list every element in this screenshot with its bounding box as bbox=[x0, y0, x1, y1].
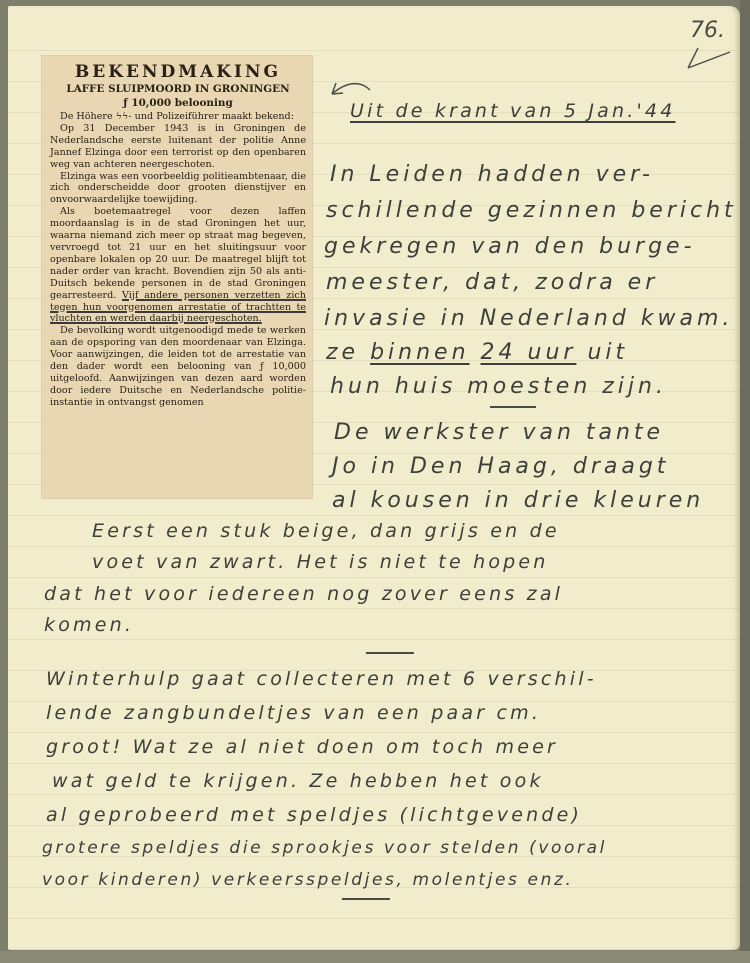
entry3-line: voor kinderen) verkeersspeldjes, molentj… bbox=[42, 870, 573, 890]
entry2-line: Jo in Den Haag, draagt bbox=[332, 454, 669, 479]
entry2-line: al kousen in drie kleuren bbox=[332, 488, 704, 513]
entry1-line: hun huis moesten zijn. bbox=[330, 374, 667, 399]
entry1-text: ze bbox=[326, 340, 370, 365]
entry-divider bbox=[490, 406, 536, 408]
clipping-paragraph: De Höhere ϟϟ- und Polizeiführer maakt be… bbox=[50, 111, 306, 123]
entry2-line: voet van zwart. Het is niet te hopen bbox=[92, 551, 549, 573]
clipping-text: Als boetemaatregel voor dezen laffen moo… bbox=[50, 206, 306, 300]
clipping-paragraph: De bevolking wordt uitgenoodigd mede te … bbox=[50, 325, 306, 408]
entry1-line: meester, dat, zodra er bbox=[326, 270, 658, 295]
page-number-checkmark-icon bbox=[684, 46, 734, 72]
entry3-line: groot! Wat ze al niet doen om toch meer bbox=[46, 736, 558, 758]
notebook-bottom-edge bbox=[0, 951, 750, 963]
entry-divider bbox=[342, 898, 390, 900]
entry3-line: grotere speldjes die sprookjes voor stel… bbox=[42, 838, 607, 858]
entry3-line: lende zangbundeltjes van een paar cm. bbox=[46, 702, 541, 724]
entry2-line: komen. bbox=[44, 614, 134, 636]
entry2-line: dat het voor iedereen nog zover eens zal bbox=[44, 583, 563, 605]
entry1-line: schillende gezinnen bericht bbox=[326, 198, 737, 223]
entry2-line: De werkster van tante bbox=[334, 420, 664, 445]
entry1-text bbox=[470, 340, 481, 365]
entry3-line: Winterhulp gaat collecteren met 6 versch… bbox=[46, 668, 597, 690]
entry1-line: In Leiden hadden ver- bbox=[330, 162, 654, 187]
entry3-line: wat geld te krijgen. Ze hebben het ook bbox=[52, 770, 544, 792]
entry2-line: Eerst een stuk beige, dan grijs en de bbox=[92, 520, 560, 542]
entry1-line: gekregen van den burge- bbox=[324, 234, 696, 259]
page-number: 76. bbox=[690, 18, 725, 43]
entry3-line: al geprobeerd met speldjes (lichtgevende… bbox=[46, 804, 582, 826]
entry1-text: uit bbox=[576, 340, 628, 365]
notebook-edge bbox=[740, 0, 750, 963]
entry-heading: Uit de krant van 5 Jan.'44 bbox=[350, 100, 675, 122]
clipping-reward: ƒ 10,000 belooning bbox=[50, 96, 306, 110]
entry-divider bbox=[366, 652, 414, 654]
newspaper-clipping: BEKENDMAKING LAFFE SLUIPMOORD IN GRONING… bbox=[42, 56, 312, 498]
clipping-subtitle: LAFFE SLUIPMOORD IN GRONINGEN bbox=[50, 82, 306, 96]
entry1-line: invasie in Nederland kwam. bbox=[324, 306, 733, 331]
entry1-underlined-binnen: binnen bbox=[370, 340, 469, 365]
clipping-title: BEKENDMAKING bbox=[50, 62, 306, 82]
clipping-paragraph: Als boetemaatregel voor dezen laffen moo… bbox=[50, 206, 306, 325]
clipping-body: De Höhere ϟϟ- und Polizeiführer maakt be… bbox=[50, 111, 306, 409]
diary-page: 76. BEKENDMAKING LAFFE SLUIPMOORD IN GRO… bbox=[8, 6, 740, 950]
entry1-line: ze binnen 24 uur uit bbox=[326, 340, 628, 365]
clipping-paragraph: Op 31 December 1943 is in Groningen de N… bbox=[50, 123, 306, 171]
entry1-underlined-24-uur: 24 uur bbox=[481, 340, 577, 365]
clipping-paragraph: Elzinga was een voorbeeldig politieambte… bbox=[50, 171, 306, 207]
